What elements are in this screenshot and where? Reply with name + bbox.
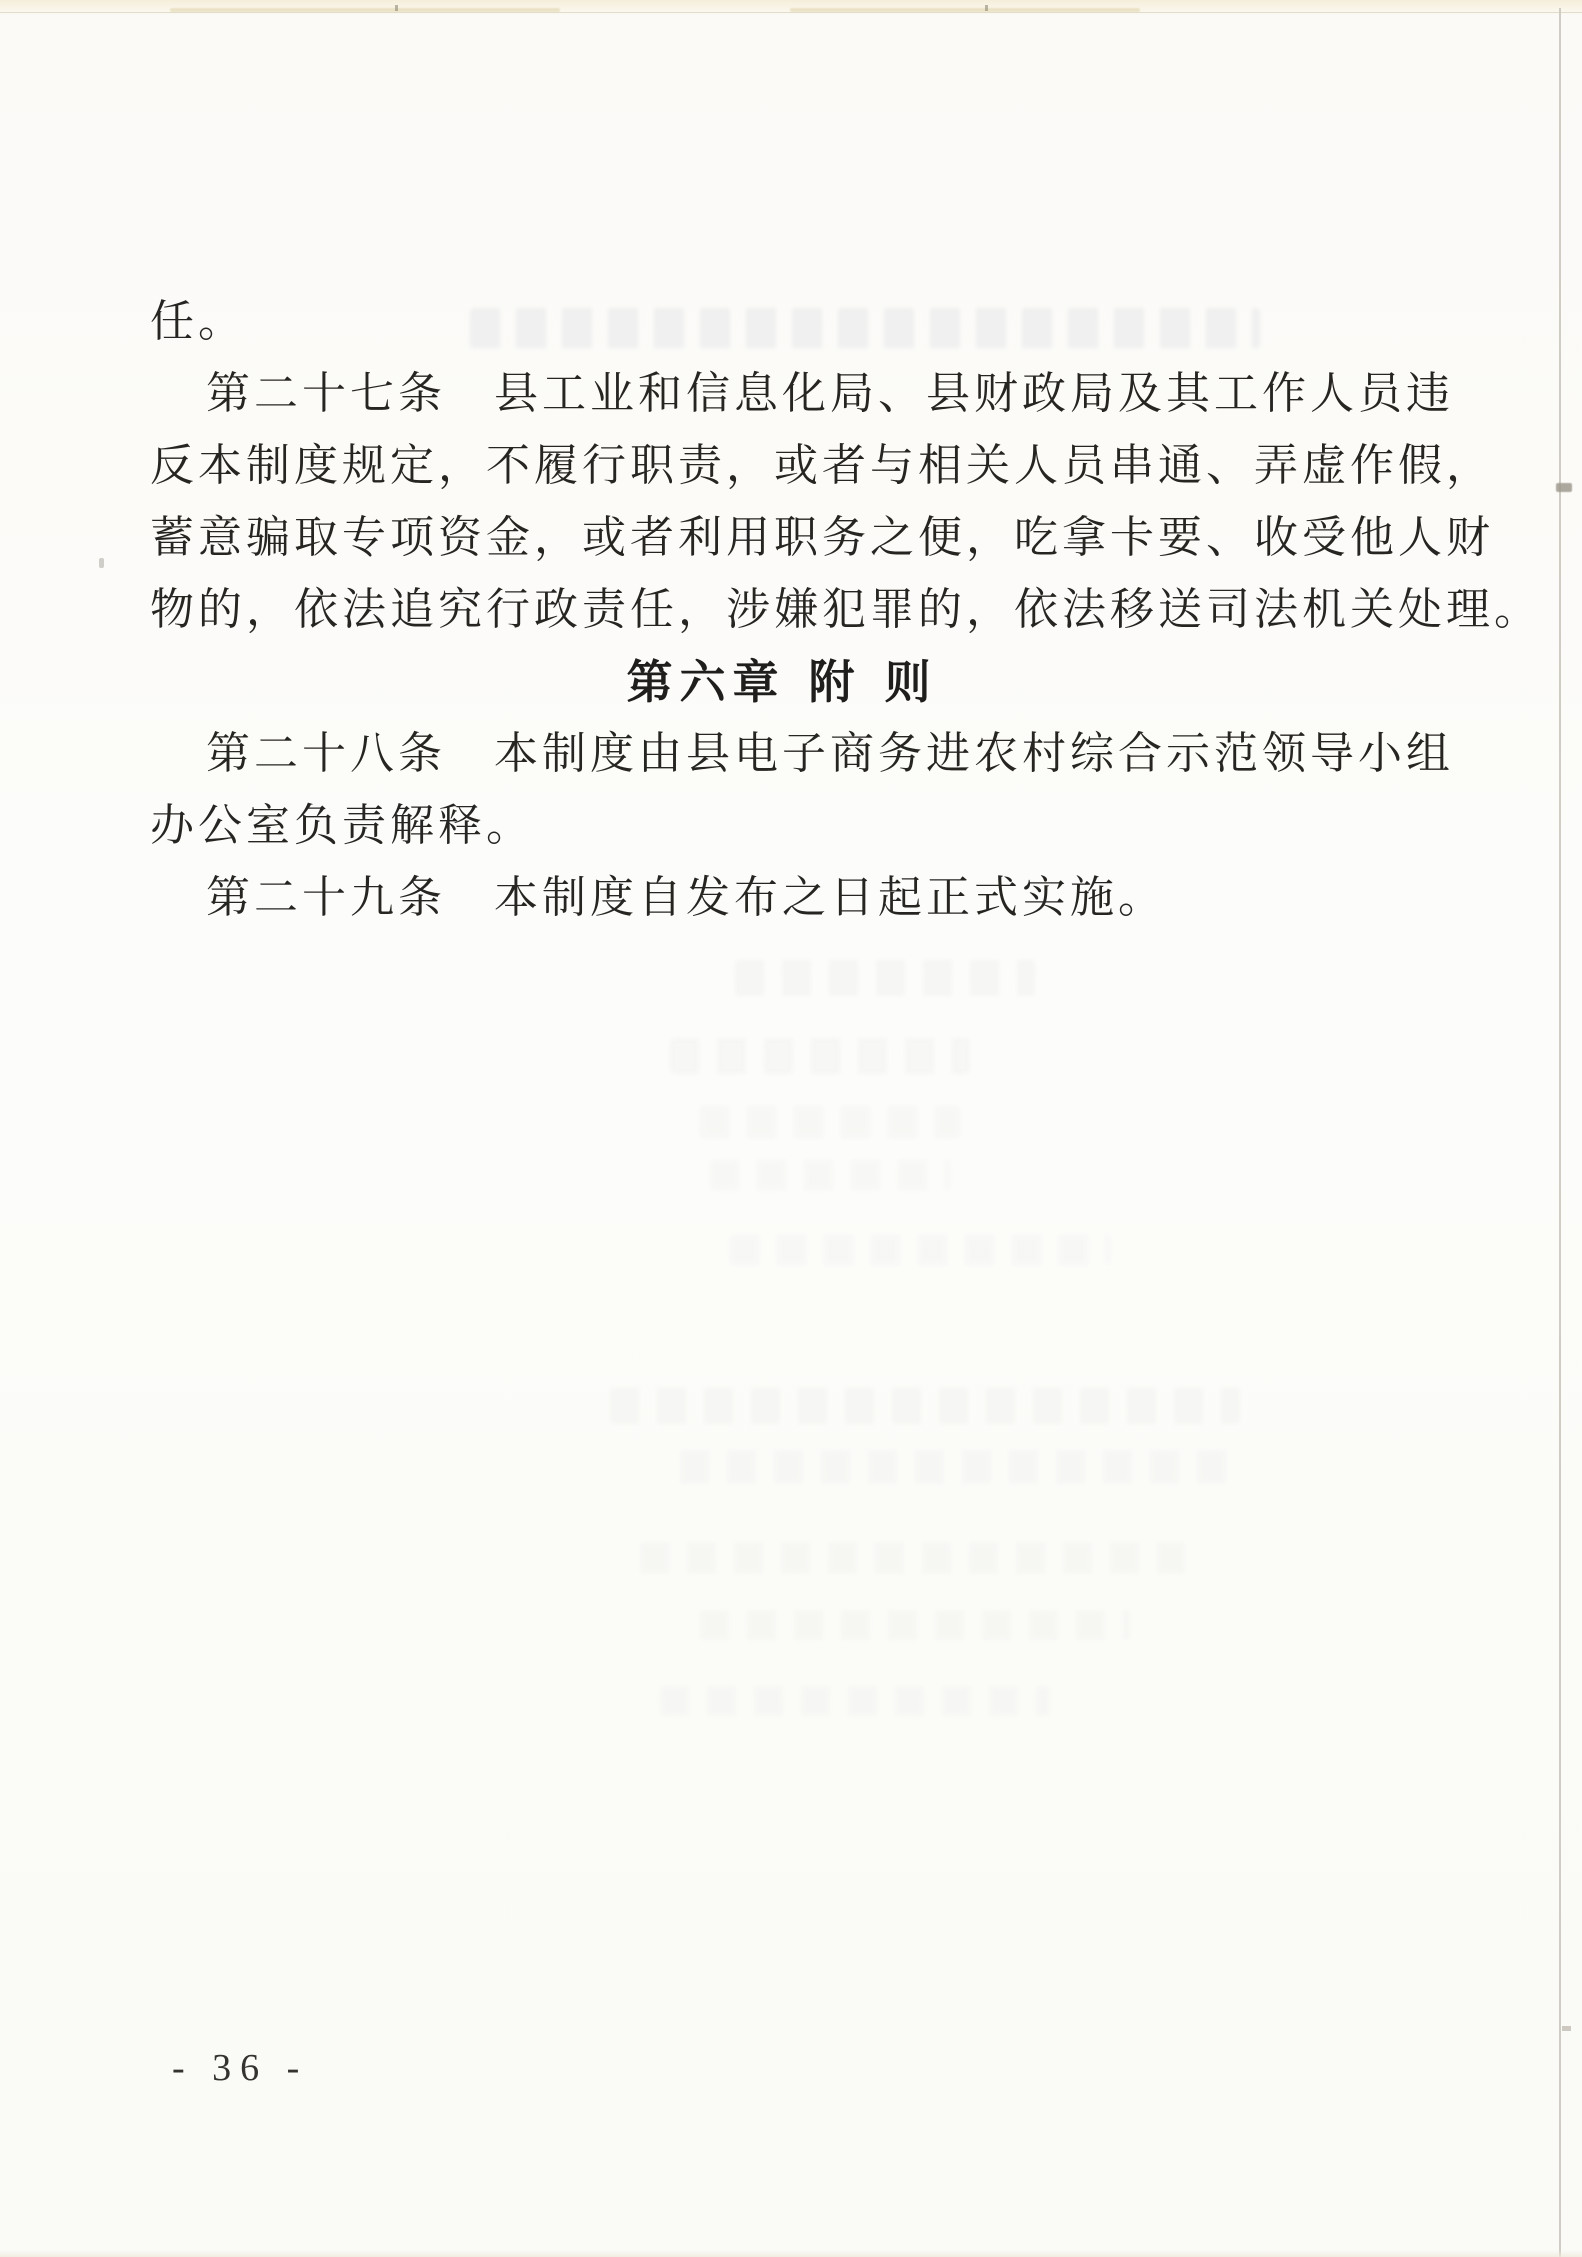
scan-edge-bottom-band	[0, 2250, 1582, 2257]
scan-artifact-dash	[1556, 483, 1572, 492]
scan-streak	[170, 8, 560, 12]
doc-line-2: 反本制度规定，不履行职责，或者与相关人员串通、弄虚作假，	[150, 430, 1468, 502]
bleedthrough-row	[640, 1542, 1185, 1574]
bleedthrough-row	[735, 960, 1035, 996]
bleedthrough-row	[700, 1610, 1130, 1640]
bleedthrough-row	[680, 1450, 1240, 1484]
bleedthrough-row	[700, 1106, 960, 1138]
chapter-heading: 第六章 附 则	[150, 646, 1468, 718]
doc-line-3: 蓄意骗取专项资金，或者利用职务之便，吃拿卡要、收受他人财	[150, 502, 1468, 574]
scan-streak	[790, 8, 1140, 12]
bleedthrough-row	[730, 1235, 1110, 1265]
doc-line-1: 第二十七条 县工业和信息化局、县财政局及其工作人员违	[150, 358, 1468, 430]
scan-speck	[395, 5, 398, 11]
scan-edge-hairline	[0, 12, 1582, 13]
scan-speck	[99, 558, 104, 568]
bleedthrough-row	[610, 1388, 1240, 1424]
doc-line-8: 第二十九条 本制度自发布之日起正式实施。	[150, 862, 1468, 934]
doc-line-7: 办公室负责解释。	[150, 790, 1468, 862]
scan-speck	[985, 5, 988, 11]
page-right-edge-line	[1559, 8, 1561, 2257]
page-number: - 36 -	[172, 2046, 308, 2090]
doc-line-0: 任。	[150, 286, 1468, 358]
document-body: 任。第二十七条 县工业和信息化局、县财政局及其工作人员违反本制度规定，不履行职责…	[150, 286, 1468, 934]
bleedthrough-row	[660, 1686, 1050, 1716]
scanned-page: 任。第二十七条 县工业和信息化局、县财政局及其工作人员违反本制度规定，不履行职责…	[0, 0, 1582, 2257]
bleedthrough-row	[670, 1038, 970, 1074]
doc-line-4: 物的，依法追究行政责任，涉嫌犯罪的，依法移送司法机关处理。	[150, 574, 1468, 646]
scan-speck	[1562, 2026, 1571, 2031]
doc-line-6: 第二十八条 本制度由县电子商务进农村综合示范领导小组	[150, 718, 1468, 790]
bleedthrough-row	[710, 1160, 950, 1190]
